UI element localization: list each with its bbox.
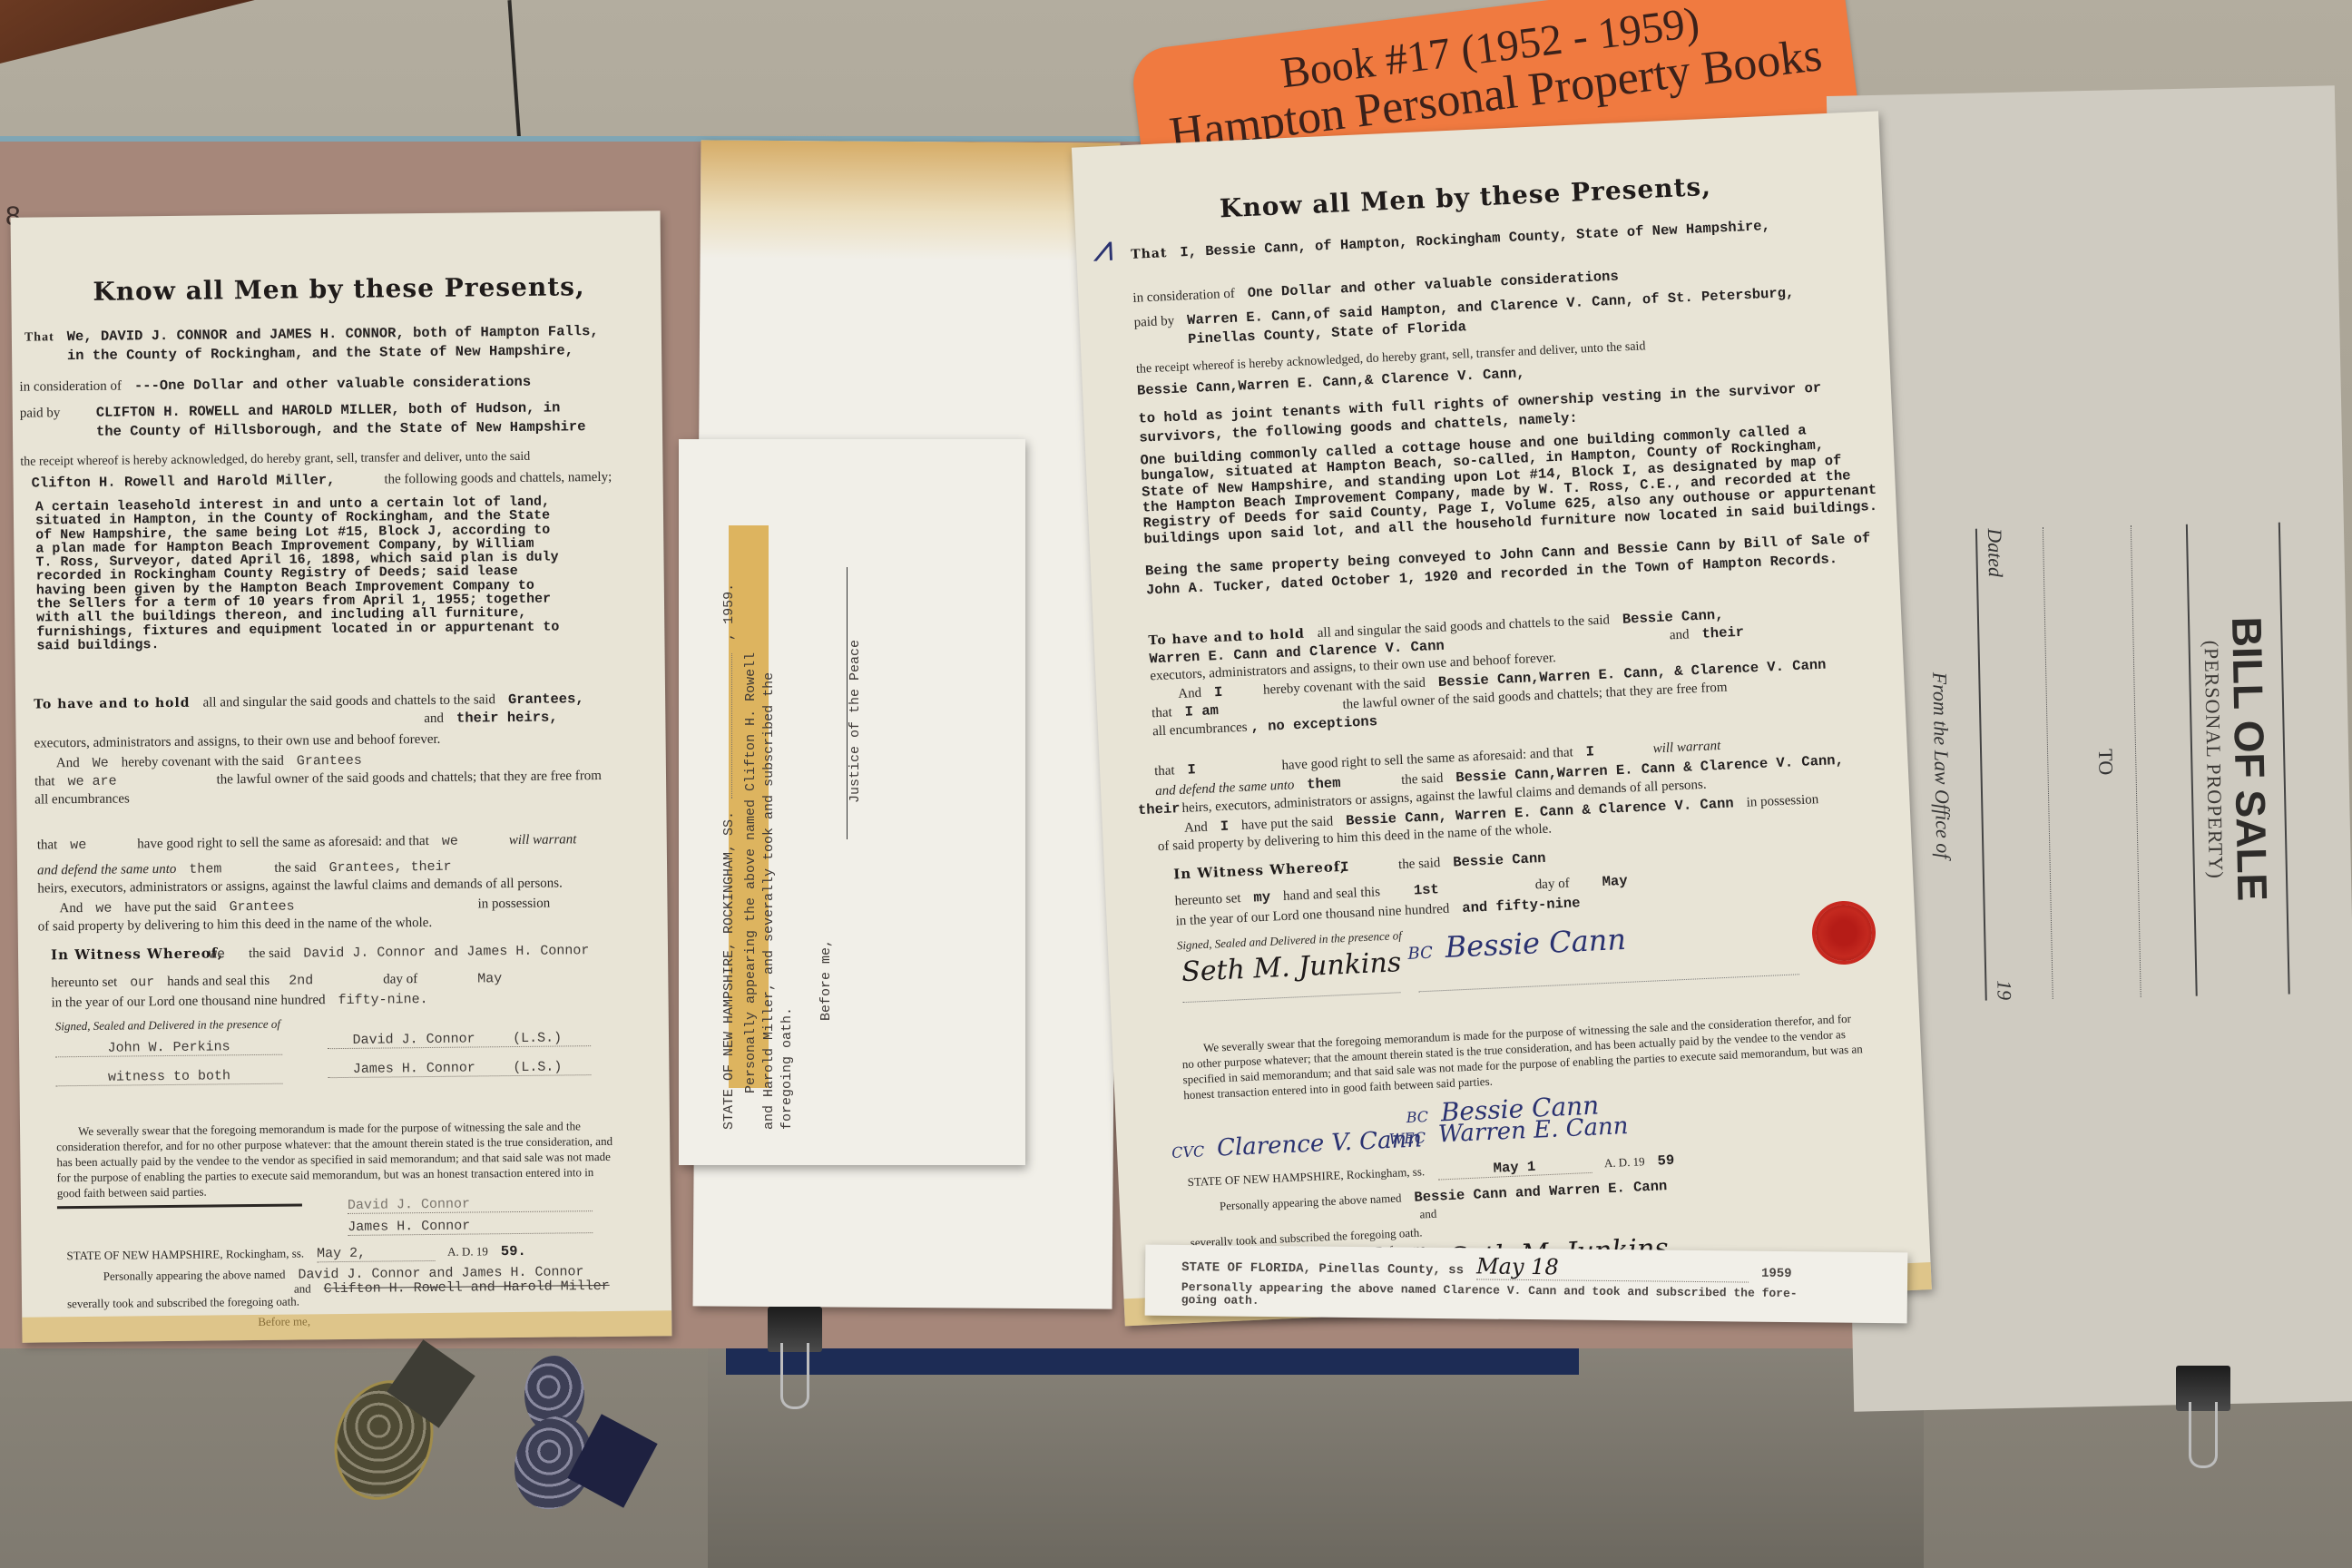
year-text: in the year of our Lord one thousand nin… [52, 993, 326, 1011]
state-label: STATE OF NEW HAMPSHIRE, Rockingham, ss. [66, 1246, 304, 1263]
binder-clip-wire-right [2189, 1402, 2218, 1468]
possession-label: in possession [1746, 792, 1818, 811]
defend-said: the said [1401, 771, 1444, 789]
hereunto: hereunto set [51, 975, 117, 992]
florida-date: May 18 [1476, 1253, 1749, 1282]
grantees-value: Clifton H. Rowell and Harold Miller, [32, 472, 336, 492]
slip-year: , 1959. [721, 583, 737, 641]
we-are: we are [67, 773, 203, 790]
bill-law-office: From the Law Office of [1924, 511, 1958, 1019]
signature-bessie: Bessie Cann [1445, 922, 1627, 965]
lawful-text: the lawful owner of the said goods and c… [216, 769, 602, 788]
signer-1: David J. Connor [328, 1031, 500, 1048]
and-label: and [1670, 627, 1690, 643]
possession-and: And [59, 901, 83, 916]
paid-by-label: paid by [1133, 314, 1174, 331]
encumbrances: all encumbrances [1152, 720, 1248, 740]
covenant-and: And [56, 756, 80, 771]
consideration-label: in consideration of [19, 379, 122, 396]
warrant-text: will warrant [509, 832, 577, 848]
consideration-value: ---One Dollar and other valuable conside… [134, 374, 531, 395]
year-value: and fifty-nine [1462, 895, 1581, 916]
florida-year: 1959 [1761, 1267, 1792, 1281]
binder-clip-wire-middle [780, 1343, 809, 1409]
day-of: day of [1534, 876, 1590, 894]
grantors: We, DAVID J. CONNOR and JAMES H. CONNOR,… [67, 322, 599, 365]
bill-to-label: TO [2088, 507, 2122, 1015]
our: our [130, 975, 154, 990]
appearing-value: Bessie Cann and Warren E. Cann [1414, 1178, 1668, 1206]
year-value: fifty-nine. [338, 992, 427, 1008]
ls-1: (L.S.) [513, 1030, 562, 1046]
ad-year: 59. [501, 1243, 526, 1259]
appearing-text: Personally appearing the above named [103, 1268, 286, 1284]
habendum-value: Grantees, [508, 691, 584, 708]
covenant-we: We [93, 756, 109, 771]
witness-note: witness to both [55, 1068, 282, 1087]
slip-before-me: Before me, [818, 475, 834, 1021]
covenant-and: And [1178, 686, 1202, 702]
took-text: severally took and subscribed the forego… [67, 1295, 299, 1312]
covenant-value: Grantees [297, 753, 362, 769]
right-text: have good right to sell the same as afor… [137, 834, 429, 852]
oath-slip: STATE OF NEW HAMPSHIRE, ROCKINGHAM, SS. … [679, 439, 1025, 1165]
grantor: I, Bessie Cann, of Hampton, Rockingham C… [1180, 218, 1770, 261]
signer-2: James H. Connor [328, 1060, 500, 1077]
month-value: May [1602, 873, 1628, 890]
habendum-value: Bessie Cann, [1622, 607, 1724, 628]
right-we: we [70, 838, 124, 854]
and-label: and [424, 711, 444, 727]
my: my [1253, 889, 1270, 906]
goods-label: the following goods and chattels, namely… [384, 470, 612, 488]
month-value: May [477, 971, 502, 986]
ls-2: (L.S.) [513, 1059, 562, 1075]
covenant-text: hereby covenant with the said [122, 754, 284, 771]
paid-by-value: CLIFTON H. ROWELL and HAROLD MILLER, bot… [96, 398, 586, 441]
appearing-struck: Clifton H. Rowell and Harold Miller [324, 1279, 610, 1297]
warrant-text: will warrant [1652, 739, 1720, 757]
their-heirs: their [1138, 800, 1181, 818]
defend-said: the said [274, 860, 316, 876]
witness-i: I [1340, 857, 1387, 876]
witness-name: John W. Perkins [55, 1039, 282, 1058]
slip-state-line: STATE OF NEW HAMPSHIRE, ROCKINGHAM, SS. [721, 811, 737, 1130]
paid-by-label: paid by [20, 406, 83, 422]
heirs-value: their heirs, [456, 709, 558, 726]
possession-and: And [1184, 820, 1209, 837]
witness-we: we [209, 946, 236, 962]
bill-year-prefix: 19 [1992, 979, 2015, 1000]
witness-said: the said [249, 946, 290, 962]
no-exceptions: , no exceptions [1250, 713, 1377, 735]
that-label-2: that [1151, 705, 1172, 721]
possession-text: have put the said [124, 899, 216, 916]
possession-value: Grantees [230, 897, 465, 916]
that-label: That [1131, 246, 1168, 262]
witness-value: David J. Connor and James H. Connor [303, 943, 589, 961]
wax-seal [1815, 904, 1874, 963]
receipt-text: the receipt whereof is hereby acknowledg… [20, 450, 530, 470]
pencil-mark-icon: ⩘ [1092, 228, 1114, 270]
possession-i: I [1220, 818, 1229, 835]
witness-value: Bessie Cann [1453, 850, 1546, 871]
bill-of-sale-connor-to-rowell: Know all Men by these Presents, That We,… [11, 211, 672, 1342]
witness-heading: In Witness Whereof, [1173, 859, 1328, 883]
right-i-2: I [1585, 741, 1641, 760]
bill-dated-label: Dated [1983, 527, 2007, 576]
doc-heading: Know all Men by these Presents, [93, 271, 585, 307]
covenant-i: I [1214, 682, 1251, 701]
witness-signature: Seth M. Junkins [1181, 946, 1402, 988]
ad-label: A. D. 19 [1604, 1154, 1645, 1171]
ad-label: A. D. 19 [447, 1244, 488, 1259]
right-that: that [37, 838, 58, 853]
hereunto: hereunto set [1174, 891, 1241, 909]
defend-them: them [1307, 773, 1389, 793]
defend-them: them [189, 861, 261, 877]
hand-seal: hands and seal this [167, 974, 276, 990]
oath-signer-1: David J. Connor [348, 1195, 593, 1214]
state-label: STATE OF NEW HAMPSHIRE, Rockingham, ss. [1187, 1164, 1425, 1190]
florida-label: STATE OF FLORIDA, Pinellas County, ss [1181, 1260, 1464, 1278]
hand-seal: hand and seal this [1283, 884, 1402, 905]
right-i: I [1187, 759, 1269, 779]
oath-initials-wec: WEC [1388, 1129, 1426, 1148]
bill-of-sale-cann: ⩘ Know all Men by these Presents, That I… [1072, 111, 1932, 1326]
delivering-text: of said property by delivering to him th… [38, 916, 433, 936]
possession-text: have put the said [1241, 814, 1334, 834]
state-date: May 2, [317, 1245, 435, 1262]
state-date: May 1 [1437, 1156, 1592, 1181]
witness-said: the said [1398, 856, 1441, 873]
that-label: That [24, 330, 54, 345]
property-description: A certain leasehold interest in and unto… [35, 495, 560, 652]
that-label-2: that [34, 774, 55, 789]
defend-value: Grantees, their [329, 859, 452, 876]
bill-title: BILL OF SALE [2220, 522, 2279, 995]
oath-text: We severally swear that the foregoing me… [56, 1119, 620, 1201]
florida-addendum: STATE OF FLORIDA, Pinellas County, ss Ma… [1145, 1245, 1908, 1324]
florida-appearing: Personally appearing the above named Cla… [1181, 1281, 1798, 1314]
heirs-text: heirs, executors, administrators or assi… [37, 876, 563, 897]
habendum-heading: To have and to hold [34, 696, 191, 712]
their: their [1701, 624, 1744, 642]
initials-bc: BC [1407, 944, 1433, 964]
oath-signer-2: James H. Connor [348, 1217, 593, 1236]
habendum-text: all and singular the said goods and chat… [202, 692, 495, 710]
ad-year: 59 [1657, 1152, 1674, 1170]
slip-appearing: Personally appearing the above named Cli… [742, 475, 797, 1130]
appearing-and: and [1419, 1207, 1436, 1222]
day-of: day of [383, 972, 465, 988]
executors-text: executors, administrators and assigns, t… [34, 732, 441, 752]
witness-heading: In Witness Whereof, [51, 946, 196, 964]
water-stain [701, 140, 1121, 260]
doc-heading: Know all Men by these Presents, [1219, 171, 1711, 224]
consideration-label: in consideration of [1132, 287, 1235, 307]
possession-we: we [95, 901, 112, 916]
day-value: 1st [1413, 877, 1523, 898]
signed-label: Signed, Sealed and Delivered in the pres… [55, 1017, 280, 1034]
appearing-text: Personally appearing the above named [1220, 1191, 1402, 1213]
right-we-2: we [442, 833, 496, 849]
defend-text: and defend the same unto [37, 862, 176, 879]
oath-initials-cvc: CVC [1171, 1142, 1205, 1161]
encumbrances: all encumbrances [34, 791, 130, 808]
slip-justice: Justice of the Peace [848, 475, 863, 803]
right-that: that [1154, 763, 1175, 779]
possession-label: in possession [477, 897, 550, 913]
oath-text: We severally swear that the foregoing me… [1181, 1011, 1864, 1103]
day-value: 2nd [289, 973, 370, 989]
